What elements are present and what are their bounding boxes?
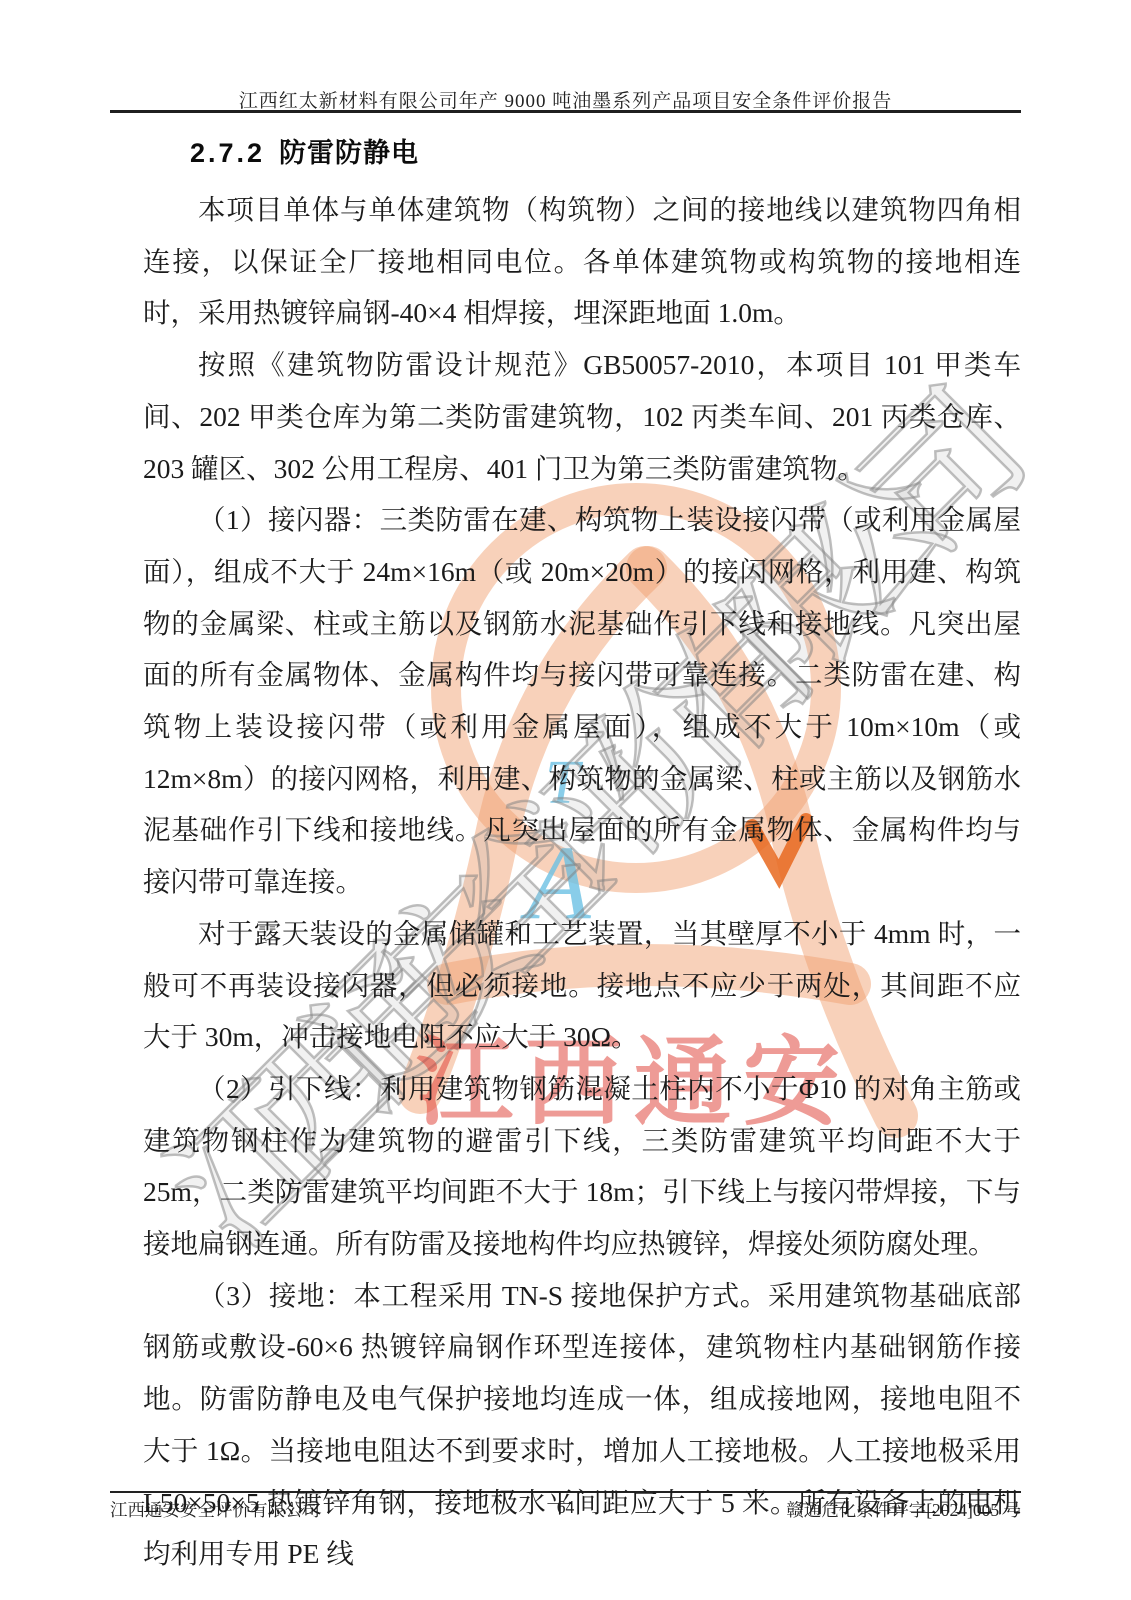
document-page: T A 江西通安全评价有限公司 江西通安 江西红太新材料有限公司年产 9000 … — [0, 0, 1131, 1600]
paragraph-air-termination: （1）接闪器：三类防雷在建、构筑物上装设接闪带（或利用金属屋面），组成不大于 2… — [143, 494, 1021, 908]
paragraph-earthing: （3）接地：本工程采用 TN-S 接地保护方式。采用建筑物基础底部钢筋或敷设-6… — [143, 1270, 1021, 1580]
paragraph-grounding-connection: 本项目单体与单体建筑物（构筑物）之间的接地线以建筑物四角相连接，以保证全厂接地相… — [143, 184, 1021, 339]
report-header-title: 江西红太新材料有限公司年产 9000 吨油墨系列产品项目安全条件评价报告 — [0, 86, 1131, 113]
body-text: 本项目单体与单体建筑物（构筑物）之间的接地线以建筑物四角相连接，以保证全厂接地相… — [143, 184, 1021, 1580]
paragraph-outdoor-tanks: 对于露天装设的金属储罐和工艺装置，当其壁厚不小于 4mm 时，一般可不再装设接闪… — [143, 908, 1021, 1063]
paragraph-down-conductor: （2）引下线：利用建筑物钢筋混凝土柱内不小于Φ10 的对角主筋或建筑物钢柱作为建… — [143, 1063, 1021, 1270]
section-title: 防雷防静电 — [279, 138, 419, 168]
paragraph-lightning-classification: 按照《建筑物防雷设计规范》GB50057-2010，本项目 101 甲类车间、2… — [143, 339, 1021, 494]
section-heading: 2.7.2防雷防静电 — [190, 131, 419, 170]
header-divider — [110, 110, 1021, 113]
section-number: 2.7.2 — [190, 138, 265, 168]
